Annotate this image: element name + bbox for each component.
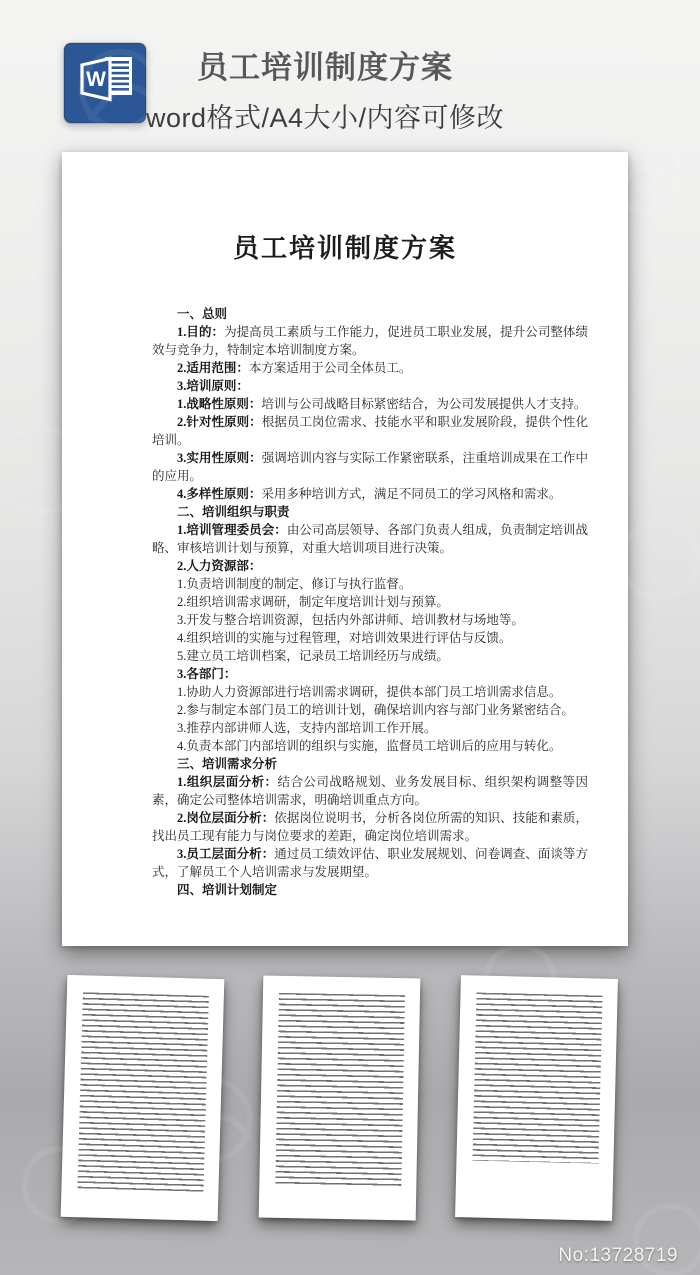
paragraph-label: 1.战略性原则：	[177, 397, 261, 411]
document-paragraph: 2.人力资源部：	[152, 557, 588, 575]
document-paragraph: 2.针对性原则：根据员工岗位需求、技能水平和职业发展阶段，提供个性化培训。	[152, 413, 588, 449]
document-paragraph: 4.负责本部门内部培训的组织与实施，监督员工培训后的应用与转化。	[152, 737, 588, 755]
document-paragraph: 1.目的：为提高员工素质与工作能力，促进员工职业发展，提升公司整体绩效与竞争力，…	[152, 323, 588, 359]
document-paragraph: 3.推荐内部讲师人选，支持内部培训工作开展。	[152, 719, 588, 737]
item-number: No:13728719	[558, 1245, 678, 1267]
page-thumbnail-2[interactable]	[61, 975, 225, 1221]
document-preview-page-1[interactable]: 员工培训制度方案 一、总则 1.目的：为提高员工素质与工作能力，促进员工职业发展…	[62, 152, 628, 946]
paragraph-label: 三、培训需求分析	[177, 757, 277, 771]
thumbnail-row	[64, 977, 615, 1219]
document-paragraph: 3.培训原则：	[152, 377, 588, 395]
document-paragraph: 1.组织层面分析：结合公司战略规划、业务发展目标、组织架构调整等因素，确定公司整…	[152, 773, 588, 809]
paragraph-text: 2.参与制定本部门员工的培训计划，确保培训内容与部门业务紧密结合。	[177, 703, 574, 717]
document-paragraph: 4.组织培训的实施与过程管理，对培训效果进行评估与反馈。	[152, 629, 588, 647]
thumbnail-text-lines	[275, 993, 405, 1187]
paragraph-label: 2.岗位层面分析：	[177, 811, 274, 825]
listing-subtitle: word格式/A4大小/内容可修改	[130, 96, 520, 135]
thumbnail-text-lines	[472, 993, 602, 1164]
document-paragraph: 5.建立员工培训档案，记录员工培训经历与成绩。	[152, 647, 588, 665]
paragraph-label: 2.针对性原则：	[177, 415, 262, 429]
paragraph-label: 1.培训管理委员会：	[177, 523, 287, 537]
paragraph-label: 二、培训组织与职责	[177, 505, 290, 519]
paragraph-text: 1.负责培训制度的制定、修订与执行监督。	[177, 577, 411, 591]
document-paragraph: 3.开发与整合培训资源，包括内外部讲师、培训教材与场地等。	[152, 611, 588, 629]
paragraph-label: 2.适用范围：	[177, 361, 249, 375]
document-paragraph: 2.组织培训需求调研，制定年度培训计划与预算。	[152, 593, 588, 611]
product-preview-page: W 员工培训制度方案 word格式/A4大小/内容可修改 员工培训制度方案 一、…	[0, 0, 700, 1275]
paragraph-text: 采用多种培训方式，满足不同员工的学习风格和需求。	[261, 487, 561, 501]
document-paragraph: 1.协助人力资源部进行培训需求调研，提供本部门员工培训需求信息。	[152, 683, 588, 701]
document-paragraph: 1.负责培训制度的制定、修订与执行监督。	[152, 575, 588, 593]
document-paragraph: 一、总则	[152, 305, 588, 323]
document-paragraph: 1.战略性原则：培训与公司战略目标紧密结合，为公司发展提供人才支持。	[152, 395, 588, 413]
header: W 员工培训制度方案 word格式/A4大小/内容可修改	[0, 0, 700, 150]
paragraph-text: 培训与公司战略目标紧密结合，为公司发展提供人才支持。	[261, 397, 586, 411]
paragraph-label: 1.目的：	[177, 325, 224, 339]
document-paragraph: 三、培训需求分析	[152, 755, 588, 773]
document-paragraph: 四、培训计划制定	[152, 881, 588, 899]
word-icon-letter: W	[86, 68, 106, 91]
paragraph-label: 3.各部门：	[177, 667, 236, 681]
document-paragraph: 2.适用范围：本方案适用于公司全体员工。	[152, 359, 588, 377]
paragraph-text: 4.负责本部门内部培训的组织与实施，监督员工培训后的应用与转化。	[177, 739, 561, 753]
document-paragraph: 二、培训组织与职责	[152, 503, 588, 521]
header-text: 员工培训制度方案 word格式/A4大小/内容可修改	[130, 0, 520, 135]
paragraph-label: 4.多样性原则：	[177, 487, 261, 501]
paragraph-text: 3.推荐内部讲师人选，支持内部培训工作开展。	[177, 721, 436, 735]
document-paragraph: 3.各部门：	[152, 665, 588, 683]
page-thumbnail-3[interactable]	[259, 976, 421, 1221]
paragraph-label: 3.实用性原则：	[177, 451, 262, 465]
document-body: 一、总则 1.目的：为提高员工素质与工作能力，促进员工职业发展，提升公司整体绩效…	[152, 305, 588, 899]
paragraph-text: 1.协助人力资源部进行培训需求调研，提供本部门员工培训需求信息。	[177, 685, 561, 699]
document-paragraph: 3.实用性原则：强调培训内容与实际工作紧密联系，注重培训成果在工作中的应用。	[152, 449, 588, 485]
page-thumbnail-4[interactable]	[455, 975, 618, 1221]
thumbnail-text-lines	[77, 992, 208, 1191]
paragraph-label: 3.员工层面分析：	[177, 847, 274, 861]
paragraph-label: 四、培训计划制定	[177, 883, 277, 897]
paragraph-label: 1.组织层面分析：	[177, 775, 278, 789]
document-paragraph: 1.培训管理委员会：由公司高层领导、各部门负责人组成，负责制定培训战略、审核培训…	[152, 521, 588, 557]
document-paragraph: 3.员工层面分析：通过员工绩效评估、职业发展规划、问卷调查、面谈等方式，了解员工…	[152, 845, 588, 881]
document-paragraph: 2.参与制定本部门员工的培训计划，确保培训内容与部门业务紧密结合。	[152, 701, 588, 719]
document-title: 员工培训制度方案	[62, 152, 628, 265]
paragraph-text: 本方案适用于公司全体员工。	[249, 361, 412, 375]
paragraph-text: 3.开发与整合培训资源，包括内外部讲师、培训教材与场地等。	[177, 613, 524, 627]
listing-title: 员工培训制度方案	[130, 42, 520, 87]
paragraph-label: 2.人力资源部：	[177, 559, 261, 573]
paragraph-text: 4.组织培训的实施与过程管理，对培训效果进行评估与反馈。	[177, 631, 511, 645]
paragraph-label: 一、总则	[177, 307, 227, 321]
document-paragraph: 4.多样性原则：采用多种培训方式，满足不同员工的学习风格和需求。	[152, 485, 588, 503]
paragraph-label: 3.培训原则：	[177, 379, 249, 393]
paragraph-text: 5.建立员工培训档案，记录员工培训经历与成绩。	[177, 649, 449, 663]
document-paragraph: 2.岗位层面分析：依据岗位说明书，分析各岗位所需的知识、技能和素质，找出员工现有…	[152, 809, 588, 845]
paragraph-text: 2.组织培训需求调研，制定年度培训计划与预算。	[177, 595, 449, 609]
